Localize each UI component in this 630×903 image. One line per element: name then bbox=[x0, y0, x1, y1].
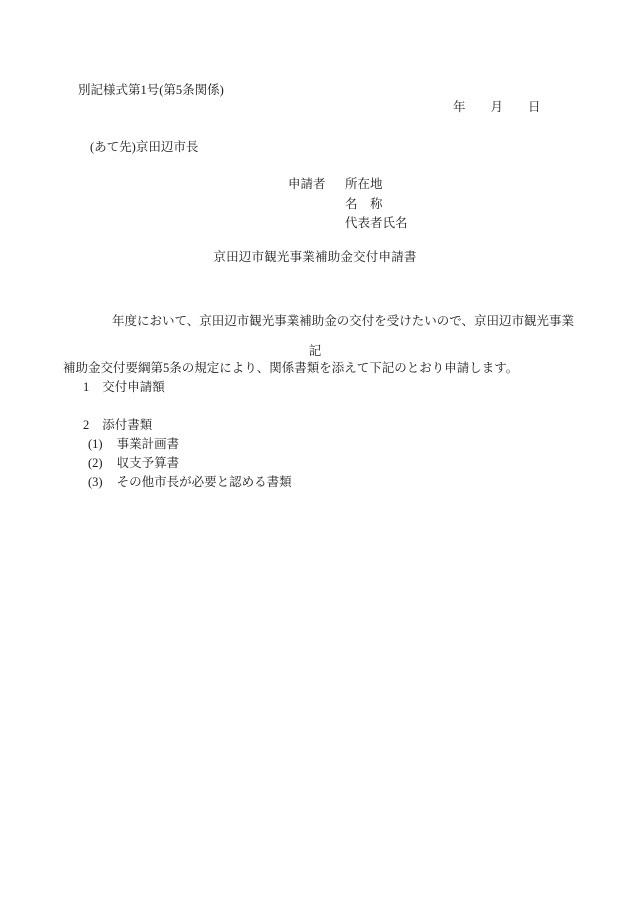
attachment-item-3: (3) その他市長が必要と認める書類 bbox=[88, 476, 292, 489]
attachment-item-2: (2) 収支予算書 bbox=[88, 457, 179, 470]
attachment-3-label: その他市長が必要と認める書類 bbox=[117, 476, 292, 489]
body-line-2: 補助金交付要綱第5条の規定により、関係書類を添えて下記のとおり申請します。 bbox=[63, 362, 555, 375]
attachment-1-number: (1) bbox=[88, 438, 103, 451]
item-2-label: 添付書類 bbox=[102, 419, 152, 432]
item-1-number: 1 bbox=[83, 381, 89, 394]
applicant-fields: 所在地 名 称 代表者氏名 bbox=[345, 178, 408, 230]
document-title: 京田辺市観光事業補助金交付申請書 bbox=[0, 251, 630, 264]
document-page: 別記様式第1号(第5条関係) 年 月 日 (あて先)京田辺市長 申請者 所在地 … bbox=[0, 0, 630, 903]
applicant-address-label: 所在地 bbox=[345, 178, 408, 191]
applicant-label: 申請者 bbox=[288, 178, 326, 191]
attachment-1-label: 事業計画書 bbox=[117, 438, 180, 451]
date-day-label: 日 bbox=[528, 101, 541, 114]
list-item-2: 2 添付書類 bbox=[83, 419, 152, 432]
applicant-representative-label: 代表者氏名 bbox=[345, 217, 408, 230]
date-line: 年 月 日 bbox=[453, 101, 541, 114]
list-item-1: 1 交付申請額 bbox=[83, 381, 165, 394]
attachment-item-1: (1) 事業計画書 bbox=[88, 438, 179, 451]
date-year-label: 年 bbox=[453, 101, 466, 114]
applicant-name-label: 名 称 bbox=[345, 198, 408, 211]
record-marker: 記 bbox=[0, 345, 630, 358]
addressee: (あて先)京田辺市長 bbox=[90, 141, 198, 154]
attachment-2-number: (2) bbox=[88, 457, 103, 470]
attachment-3-number: (3) bbox=[88, 476, 103, 489]
form-number: 別記様式第1号(第5条関係) bbox=[78, 84, 224, 97]
item-2-number: 2 bbox=[83, 419, 89, 432]
date-month-label: 月 bbox=[491, 101, 504, 114]
body-line-1: 年度において、京田辺市観光事業補助金の交付を受けたいので、京田辺市観光事業 bbox=[63, 315, 555, 328]
attachment-2-label: 収支予算書 bbox=[117, 457, 180, 470]
item-1-label: 交付申請額 bbox=[102, 381, 165, 394]
